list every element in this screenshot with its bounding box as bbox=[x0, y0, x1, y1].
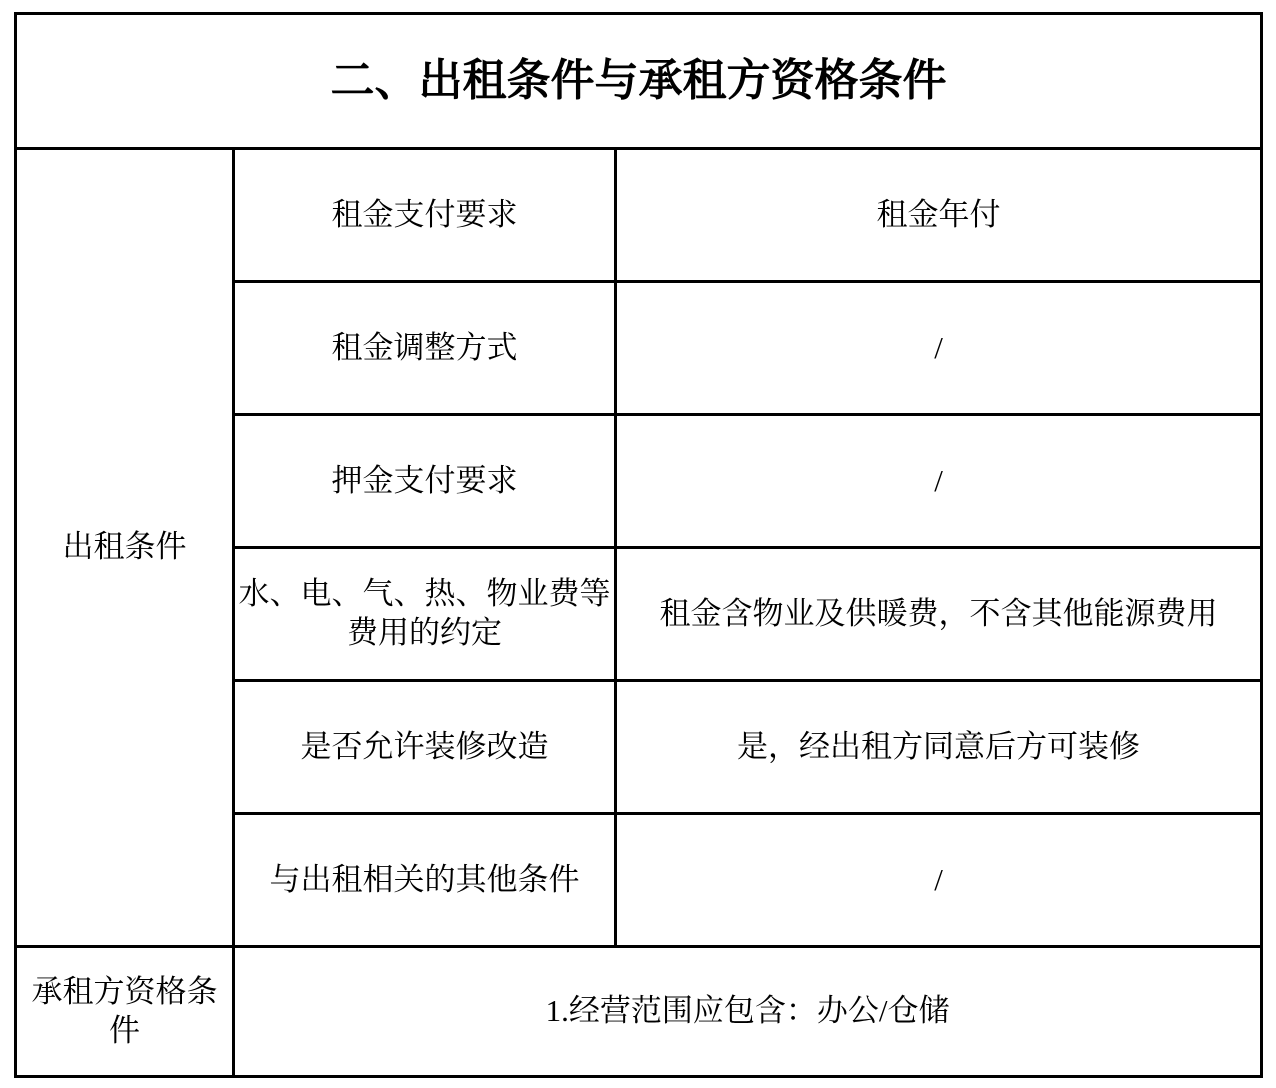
row-value-utility-fees: 租金含物业及供暖费，不含其他能源费用 bbox=[616, 548, 1262, 681]
row-value-business-scope: 1.经营范围应包含：办公/仓储 bbox=[234, 947, 1262, 1077]
table-title: 二、出租条件与承租方资格条件 bbox=[16, 14, 1262, 149]
row-label-utility-fees: 水、电、气、热、物业费等费用的约定 bbox=[234, 548, 616, 681]
row-value-deposit-payment: / bbox=[616, 415, 1262, 548]
row-label-renovation-allowed: 是否允许装修改造 bbox=[234, 681, 616, 814]
row-label-rent-adjustment: 租金调整方式 bbox=[234, 282, 616, 415]
table-row: 承租方资格条件 1.经营范围应包含：办公/仓储 bbox=[16, 947, 1262, 1077]
table-title-row: 二、出租条件与承租方资格条件 bbox=[16, 14, 1262, 149]
section-header-rental-conditions: 出租条件 bbox=[16, 149, 234, 947]
row-value-rent-adjustment: / bbox=[616, 282, 1262, 415]
document-page: 二、出租条件与承租方资格条件 出租条件 租金支付要求 租金年付 租金调整方式 /… bbox=[0, 0, 1276, 1088]
table-row: 出租条件 租金支付要求 租金年付 bbox=[16, 149, 1262, 282]
row-label-rent-payment: 租金支付要求 bbox=[234, 149, 616, 282]
row-value-other-conditions: / bbox=[616, 814, 1262, 947]
row-value-rent-payment: 租金年付 bbox=[616, 149, 1262, 282]
rental-conditions-table: 二、出租条件与承租方资格条件 出租条件 租金支付要求 租金年付 租金调整方式 /… bbox=[14, 12, 1263, 1078]
row-label-other-conditions: 与出租相关的其他条件 bbox=[234, 814, 616, 947]
section-header-lessee-qualification: 承租方资格条件 bbox=[16, 947, 234, 1077]
row-label-deposit-payment: 押金支付要求 bbox=[234, 415, 616, 548]
row-value-renovation-allowed: 是，经出租方同意后方可装修 bbox=[616, 681, 1262, 814]
